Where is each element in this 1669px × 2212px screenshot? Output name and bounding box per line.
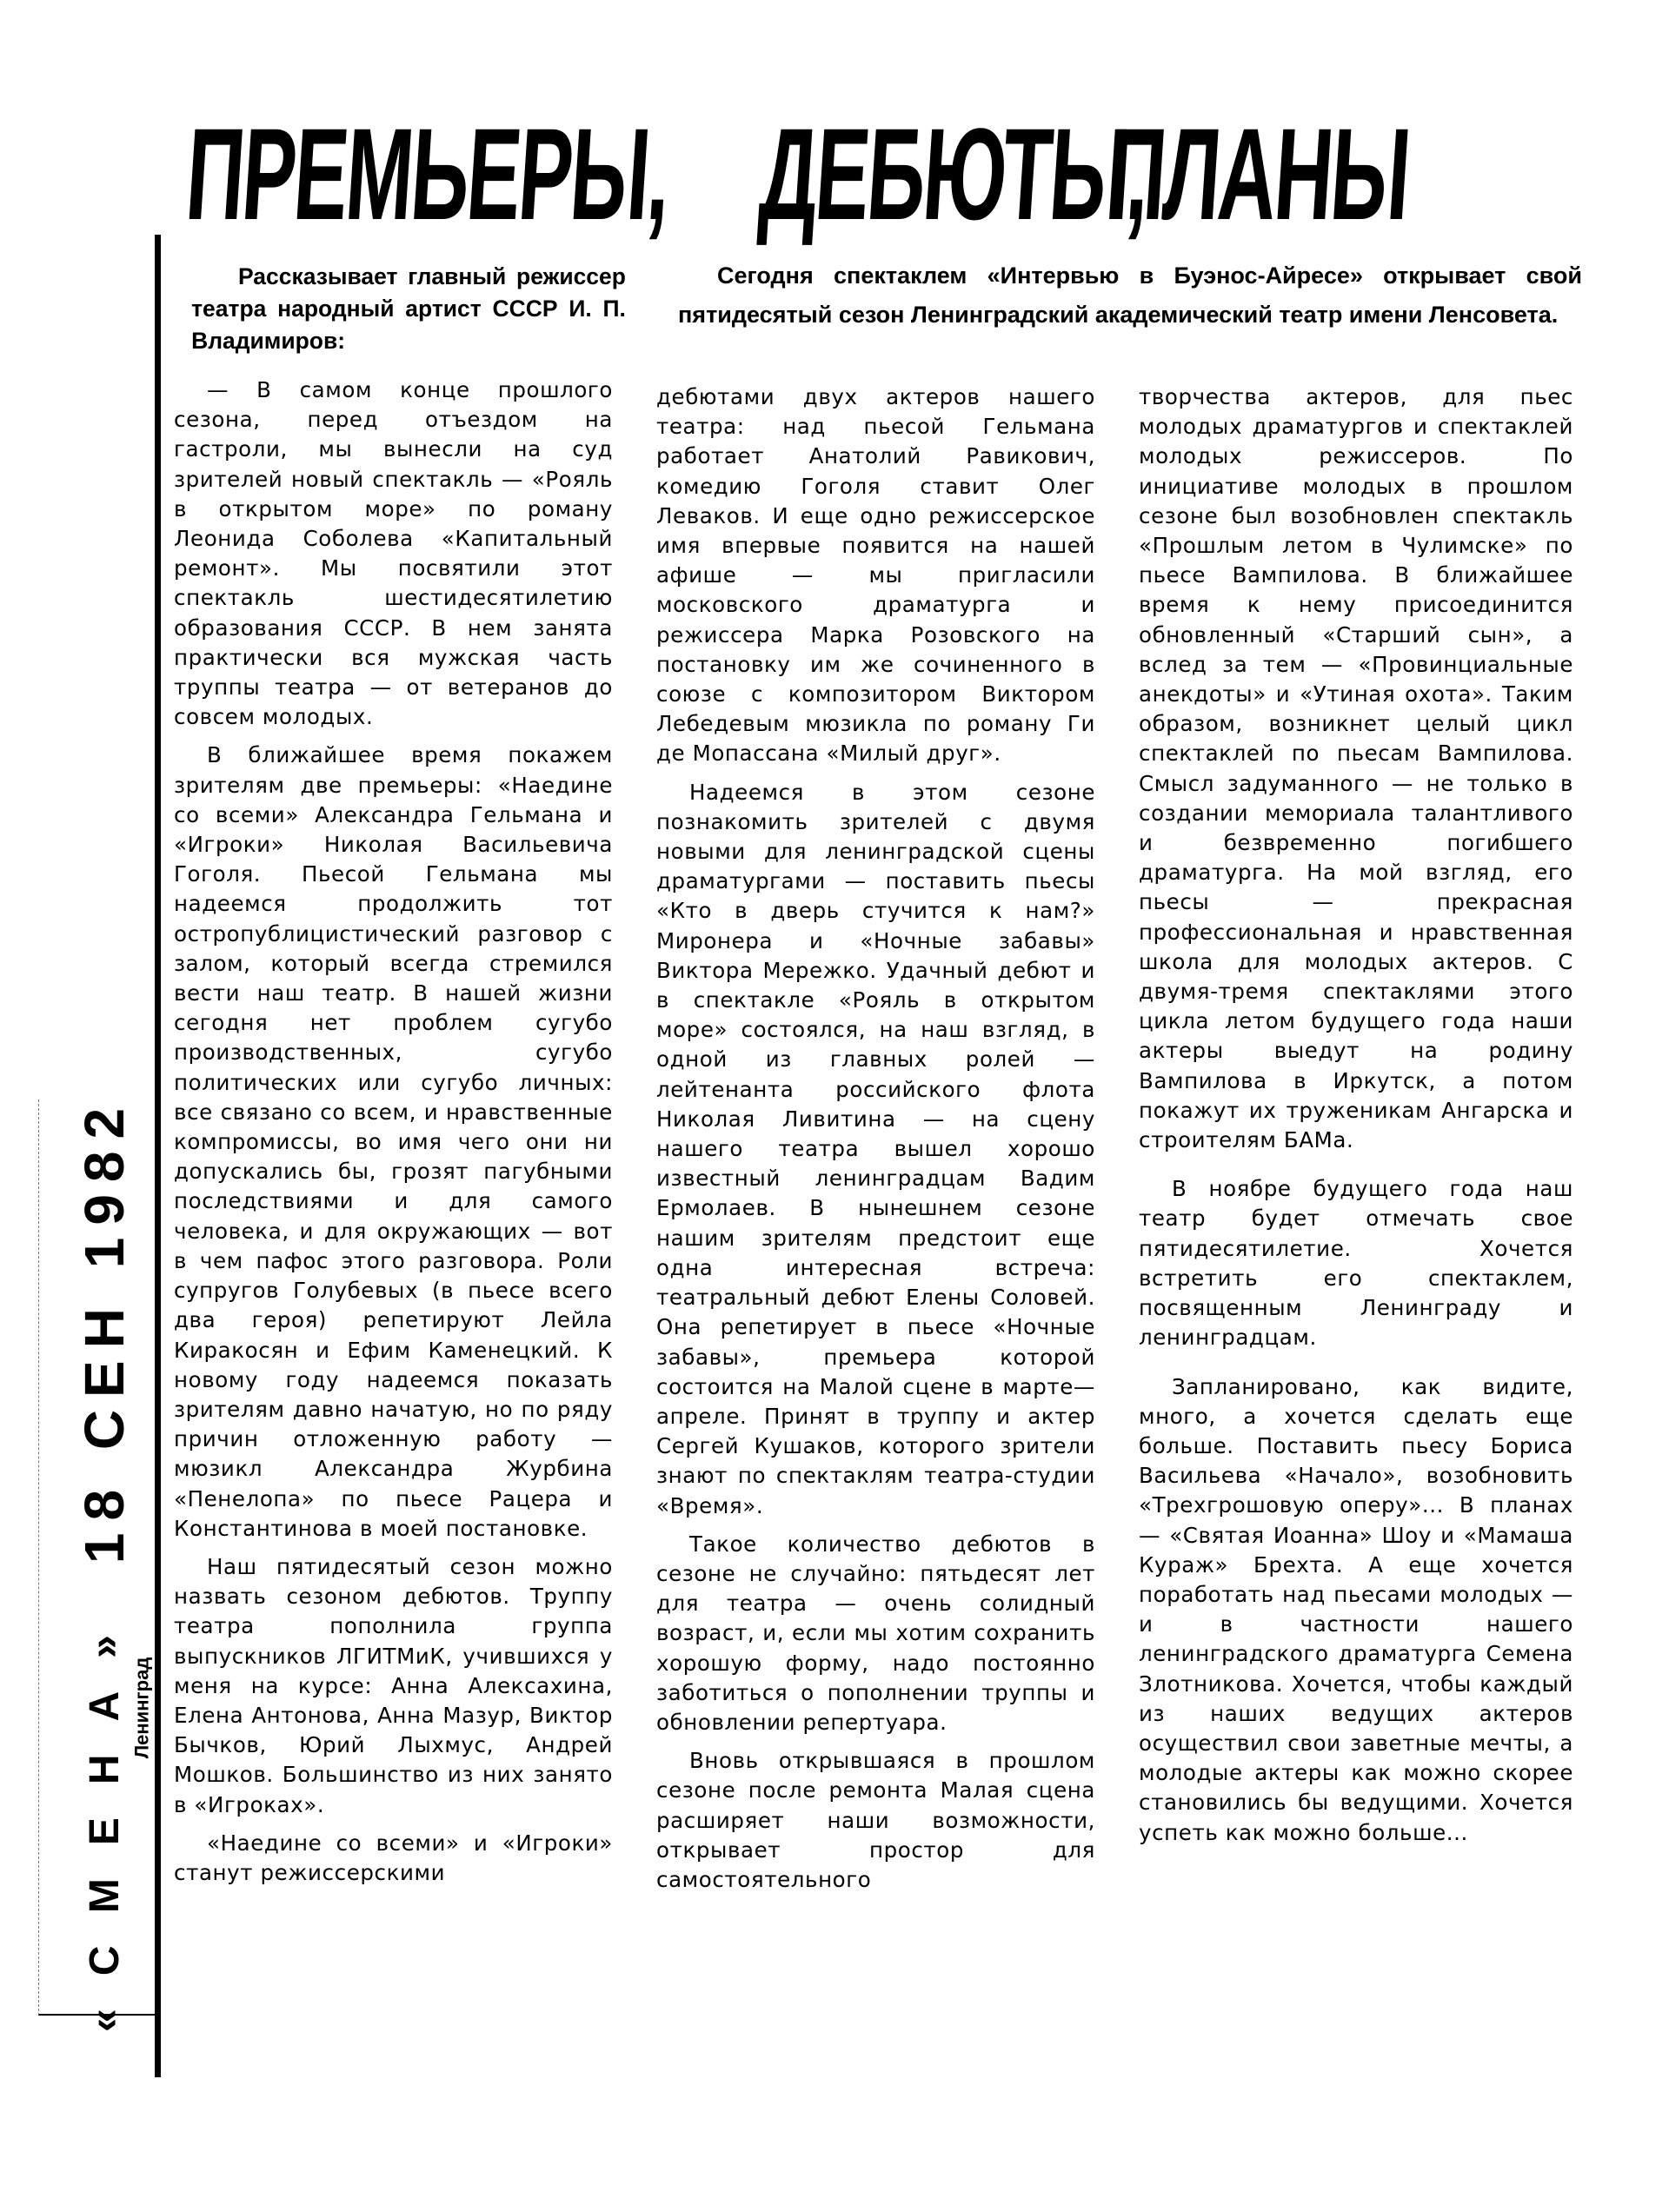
paragraph: Надеемся в этом сезоне познакомить зрите… bbox=[656, 778, 1095, 1521]
paragraph-continued: творчества актеров, для пьес молодых дра… bbox=[1139, 382, 1573, 1155]
paragraph: Наш пятидесятый сезон можно назвать сезо… bbox=[174, 1552, 613, 1820]
headline-word-plans: ПЛАНЫ bbox=[1104, 109, 1382, 239]
intro-speaker-line: Рассказывает главный режиссер театра нар… bbox=[191, 261, 626, 357]
paragraph: В ближайшее время покажем зрителям две п… bbox=[174, 741, 613, 1543]
clipping-stamp-date: 18 СЕН 1982 bbox=[78, 1126, 130, 1534]
headline-word-debuts: ДЕБЮТЫ, bbox=[756, 109, 1045, 239]
paragraph: «Наедине со всеми» и «Игроки» станут реж… bbox=[174, 1829, 613, 1888]
paragraph-continued: дебютами двух актеров нашего театра: над… bbox=[656, 382, 1095, 769]
article-column-3: творчества актеров, для пьес молодых дра… bbox=[1139, 382, 1573, 1857]
article-column-2: дебютами двух актеров нашего театра: над… bbox=[656, 382, 1095, 1903]
article-headline: ПРЕМЬЕРЫ, ДЕБЮТЫ, ПЛАНЫ bbox=[183, 109, 1539, 239]
paragraph: В ноябре будущего года наш театр будет о… bbox=[1139, 1174, 1573, 1352]
stamp-city-text: Ленинград bbox=[130, 1657, 153, 1759]
paragraph: Вновь открывшаяся в прошлом сезоне после… bbox=[656, 1746, 1095, 1895]
clipping-stamp-city: Ленинград bbox=[129, 1625, 155, 1790]
headline-word-premieres: ПРЕМЬЕРЫ, bbox=[183, 109, 601, 239]
paragraph: Такое количество дебютов в сезоне не слу… bbox=[656, 1530, 1095, 1737]
paragraph: Запланировано, как видите, много, а хоче… bbox=[1139, 1372, 1573, 1848]
stamp-newspaper-text: «СМЕНА» bbox=[81, 1602, 129, 2032]
paragraph: — В самом конце прошлого сезона, перед о… bbox=[174, 375, 613, 732]
intro-lead-paragraph: Сегодня спектаклем «Интервью в Буэнос-Ай… bbox=[678, 256, 1582, 335]
article-column-1: — В самом конце прошлого сезона, перед о… bbox=[174, 375, 613, 1896]
stamp-date-text: 18 СЕН 1982 bbox=[72, 1096, 136, 1564]
